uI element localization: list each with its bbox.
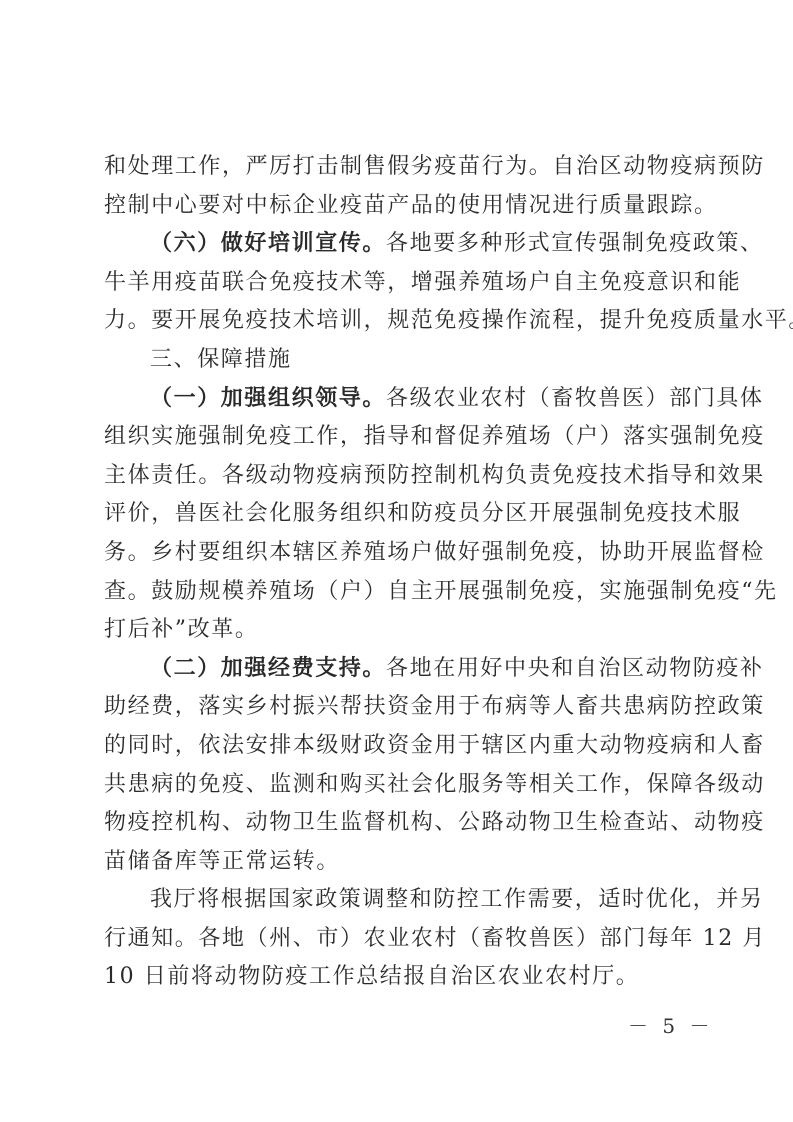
subsection-two-text: 各地在用好中央和自治区动物防疫补 bbox=[386, 656, 764, 681]
paragraph-line: 的同时，依法安排本级财政资金用于辖区内重大动物疫病和人畜 bbox=[104, 727, 692, 766]
paragraph-line: 苗储备库等正常运转。 bbox=[104, 843, 692, 882]
paragraph-line: 物疫控机构、动物卫生监督机构、公路动物卫生检查站、动物疫 bbox=[104, 804, 692, 843]
subsection-two-heading: （二）加强经费支持。 bbox=[150, 656, 386, 681]
paragraph-line: 打后补”改革。 bbox=[104, 611, 692, 650]
section-six-line: （六）做好培训宣传。各地要多种形式宣传强制免疫政策、 bbox=[104, 225, 692, 264]
subsection-one-text: 各级农业农村（畜牧兽医）部门具体 bbox=[386, 386, 764, 411]
paragraph-line: 主体责任。各级动物疫病预防控制机构负责免疫技术指导和效果 bbox=[104, 457, 692, 496]
paragraph-line: 控制中心要对中标企业疫苗产品的使用情况进行质量跟踪。 bbox=[104, 187, 692, 226]
paragraph-line: 共患病的免疫、监测和购买社会化服务等相关工作，保障各级动 bbox=[104, 766, 692, 805]
paragraph-line: 查。鼓励规模养殖场（户）自主开展强制免疫，实施强制免疫“先 bbox=[104, 573, 692, 612]
subsection-two-line: （二）加强经费支持。各地在用好中央和自治区动物防疫补 bbox=[104, 650, 692, 689]
paragraph-line: 评价，兽医社会化服务组织和防疫员分区开展强制免疫技术服 bbox=[104, 495, 692, 534]
subsection-one-line: （一）加强组织领导。各级农业农村（畜牧兽医）部门具体 bbox=[104, 380, 692, 419]
paragraph-line: 力。要开展免疫技术培训，规范免疫操作流程，提升免疫质量水平。 bbox=[104, 302, 692, 341]
paragraph-line: 牛羊用疫苗联合免疫技术等，增强养殖场户自主免疫意识和能 bbox=[104, 264, 692, 303]
paragraph-line: 助经费，落实乡村振兴帮扶资金用于布病等人畜共患病防控政策 bbox=[104, 688, 692, 727]
section-six-heading: （六）做好培训宣传。 bbox=[150, 231, 386, 256]
section-heading-safeguards: 三、保障措施 bbox=[104, 341, 692, 380]
paragraph-line: 务。乡村要组织本辖区养殖场户做好强制免疫，协助开展监督检 bbox=[104, 534, 692, 573]
paragraph-line: 行通知。各地（州、市）农业农村（畜牧兽医）部门每年 12 月 bbox=[104, 920, 692, 959]
page-number: － 5 － bbox=[628, 1010, 713, 1039]
paragraph-line: 和处理工作，严厉打击制售假劣疫苗行为。自治区动物疫病预防 bbox=[104, 148, 692, 187]
paragraph-line: 10 日前将动物防疫工作总结报自治区农业农村厅。 bbox=[104, 958, 692, 997]
paragraph-line: 组织实施强制免疫工作，指导和督促养殖场（户）落实强制免疫 bbox=[104, 418, 692, 457]
subsection-one-heading: （一）加强组织领导。 bbox=[150, 386, 386, 411]
document-body: 和处理工作，严厉打击制售假劣疫苗行为。自治区动物疫病预防 控制中心要对中标企业疫… bbox=[104, 148, 692, 997]
closing-paragraph-line: 我厅将根据国家政策调整和防控工作需要，适时优化，并另 bbox=[104, 881, 692, 920]
section-six-text: 各地要多种形式宣传强制免疫政策、 bbox=[386, 231, 764, 256]
